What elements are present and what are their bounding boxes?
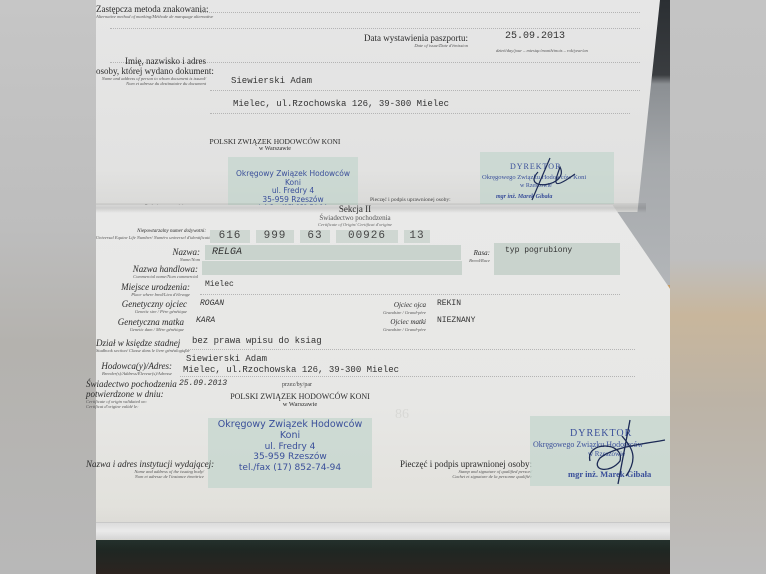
owner-address: Mielec, ul.Rzochowska 126, 39-300 Mielec [233,99,449,109]
commercial-name-label: Nazwa handlowa: Commercial name/Nom comm… [96,264,198,279]
name-label: Nazwa: Name/Nom [96,247,200,262]
issuer-stamp-bottom: Okręgowy Związek Hodowców Koni ul. Fredr… [208,418,372,488]
studbook-label: Dział w księdze stadnej Studbook section… [96,338,178,353]
dotted-line [185,349,635,350]
issue-date-label: Data wystawienia paszportu: Date of issu… [330,33,468,48]
commercial-name-field [202,261,462,275]
owner-name: Siewierski Adam [231,76,312,86]
background-right [670,0,766,574]
by-label: przez/by/par [282,382,312,388]
validated-label: Świadectwo pochodzenia potwierdzone w dn… [86,379,166,409]
sire-of-dam-label: Ojciec matki Grandsire / Grand-père [370,317,426,332]
breeder-label: Hodowca(y)/Adres: Breeder(s)/Address/Éle… [96,361,172,376]
signature-label-bottom: Pieczęć i podpis uprawnionej osoby: Stam… [380,459,532,479]
sire-value: ROGAN [200,299,224,308]
horse-name: RELGA [212,247,242,258]
sire-of-sire-value: REKIN [437,299,461,308]
ueln-part-5: 13 [404,230,430,243]
studbook-value: bez prawa wpisu do ksiag [192,336,322,346]
breeder-address: Mielec, ul.Rzochowska 126, 39-300 Mielec [183,365,399,375]
dam-value: KARA [196,316,215,325]
dotted-line [110,28,640,29]
issuer-org: POLSKI ZWIĄZEK HODOWCÓW KONI w Warszawie [200,137,350,152]
date-format-hint: dzień/day/jour – miesiąc/month/mois – ro… [496,48,588,53]
issuing-body-label: Nazwa i adres instytucji wydającej: Name… [86,459,204,479]
issue-date-value: 25.09.2013 [505,31,565,42]
signature-icon [530,416,670,486]
breed-value: typ pogrubiony [505,246,572,255]
director-stamp-bottom: DYREKTOR Okręgowego Związku Hodowców w R… [530,416,670,486]
section-title: Sekcja II Świadectwo pochodzenia Certifi… [280,204,430,227]
background-left [0,0,96,574]
ueln-part-2: 999 [256,230,294,243]
page-number-faint: 86 [395,407,409,423]
sire-of-dam-value: NIEZNANY [437,316,475,325]
dotted-line [200,294,620,295]
ueln-part-3: 63 [300,230,330,243]
alt-marking-label: Zastępcza metoda znakowania: Alternative… [96,4,213,19]
birthplace-label: Miejsce urodzenia: Place where bred/Lieu… [96,282,190,297]
sire-of-sire-label: Ojciec ojca Grandsire / Grand-père [370,300,426,315]
breeder-name: Siewierski Adam [186,354,267,364]
page-binding-edge [96,522,670,539]
birthplace-value: Mielec [205,280,234,289]
signature-icon [480,152,614,204]
ueln-label: Niepowtarzalny numer dożywotni: Universa… [96,229,206,240]
dotted-line [200,12,640,13]
name-field [205,245,461,260]
dotted-line [180,376,635,377]
director-stamp-top: DYREKTOR Okręgowego Związku Hodowców Kon… [480,152,614,204]
owner-label: Imię, nazwisko i adres osoby, której wyd… [96,56,206,86]
ueln-part-1: 616 [210,230,250,243]
dam-label: Genetyczna matka Genetic dam / Mère géné… [96,317,184,332]
issuer-stamp: Okręgowy Związek Hodowców Koni ul. Fredr… [228,157,358,207]
ueln-part-4: 00926 [336,230,398,243]
dotted-line [210,113,630,114]
validator-org: POLSKI ZWIĄZEK HODOWCÓW KONI w Warszawie [210,392,390,408]
passport-cover [96,540,670,574]
sire-label: Genetyczny ojciec Genetic sire / Père gé… [96,299,187,314]
validated-date: 25.09.2013 [179,379,227,388]
dotted-line [210,90,640,91]
